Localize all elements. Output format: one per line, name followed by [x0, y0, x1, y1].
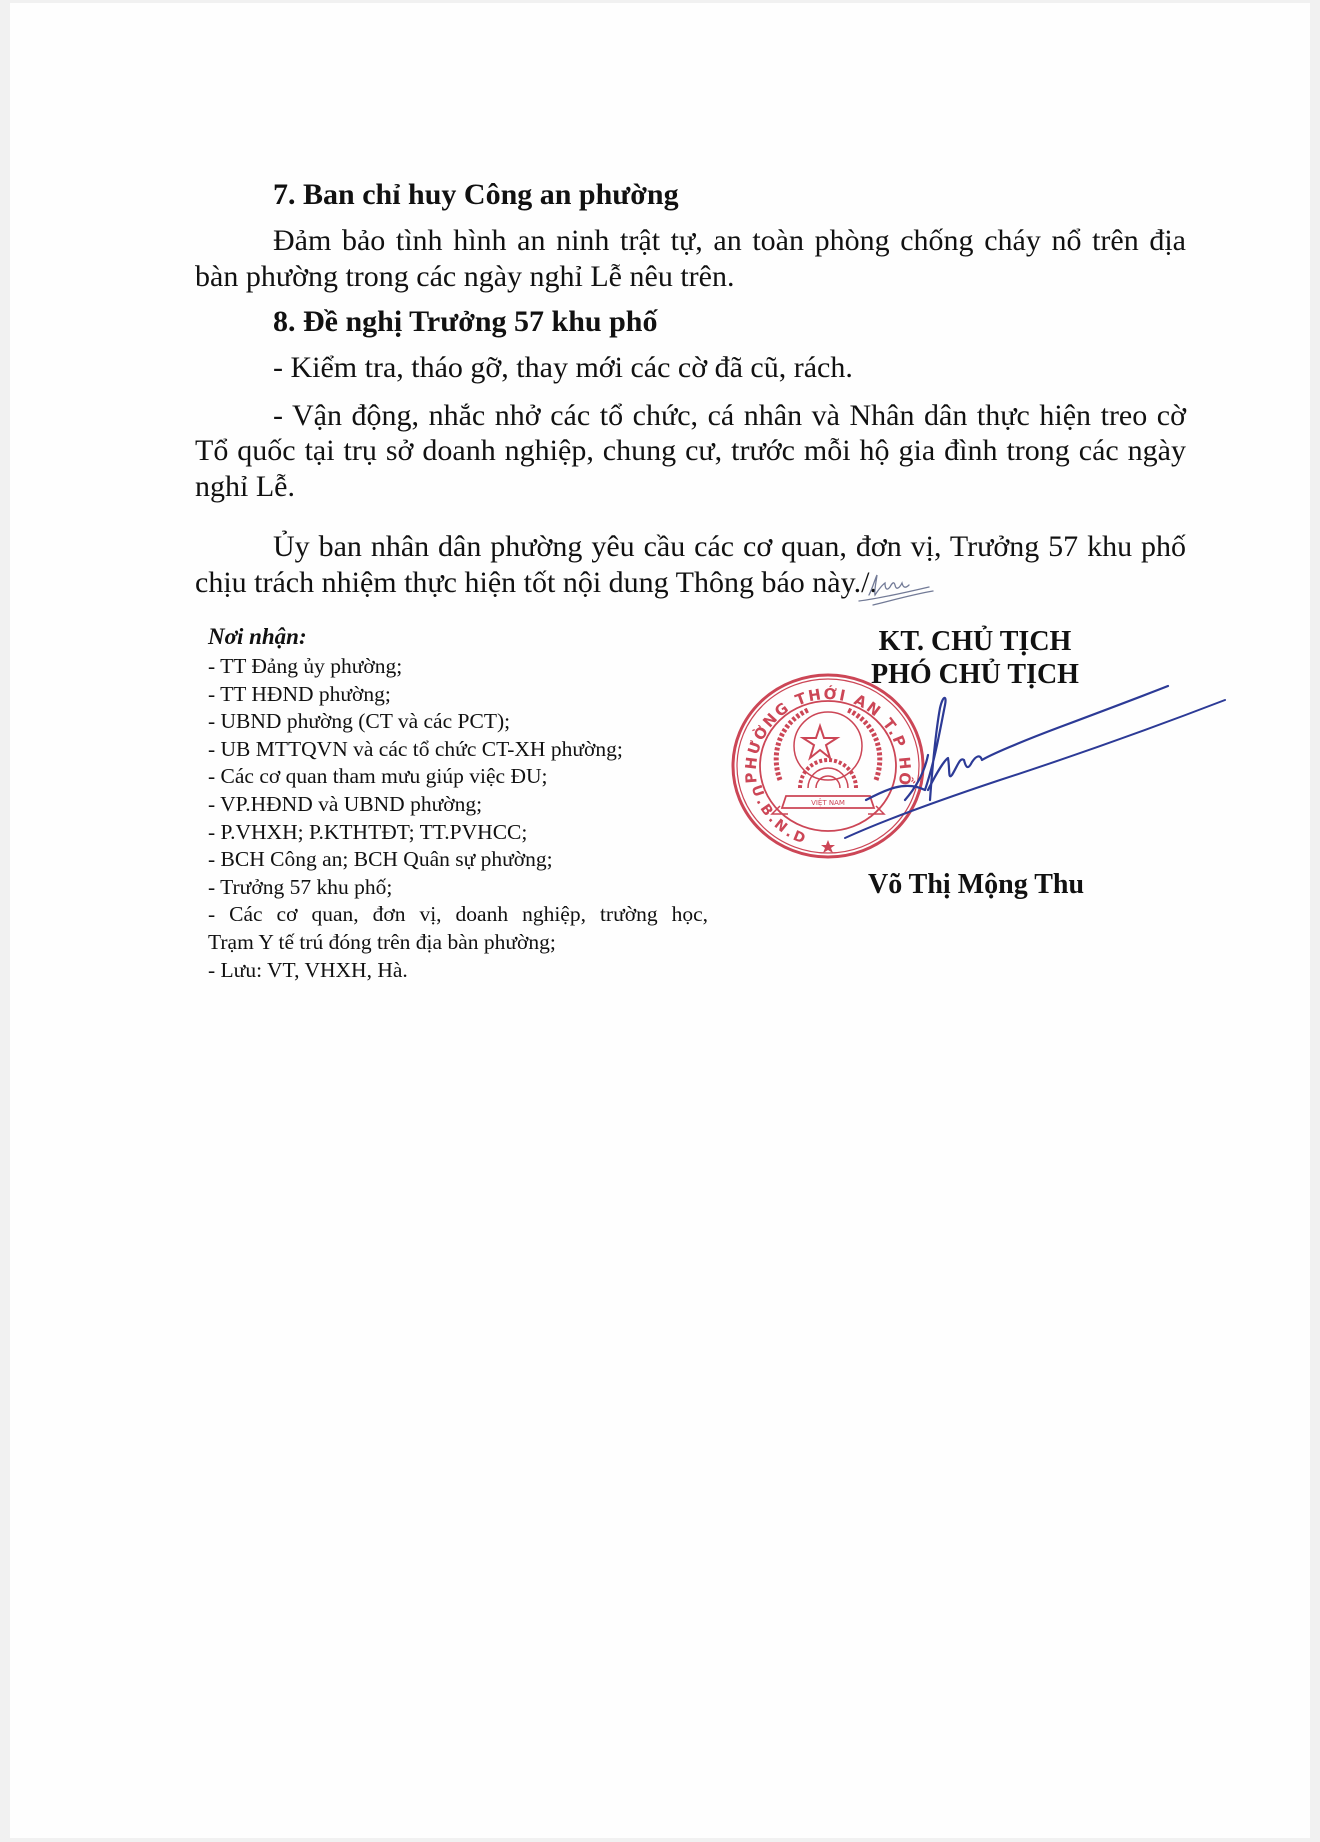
signer-name: Võ Thị Mộng Thu [776, 871, 1176, 899]
handwritten-signature-icon [0, 0, 1320, 1000]
